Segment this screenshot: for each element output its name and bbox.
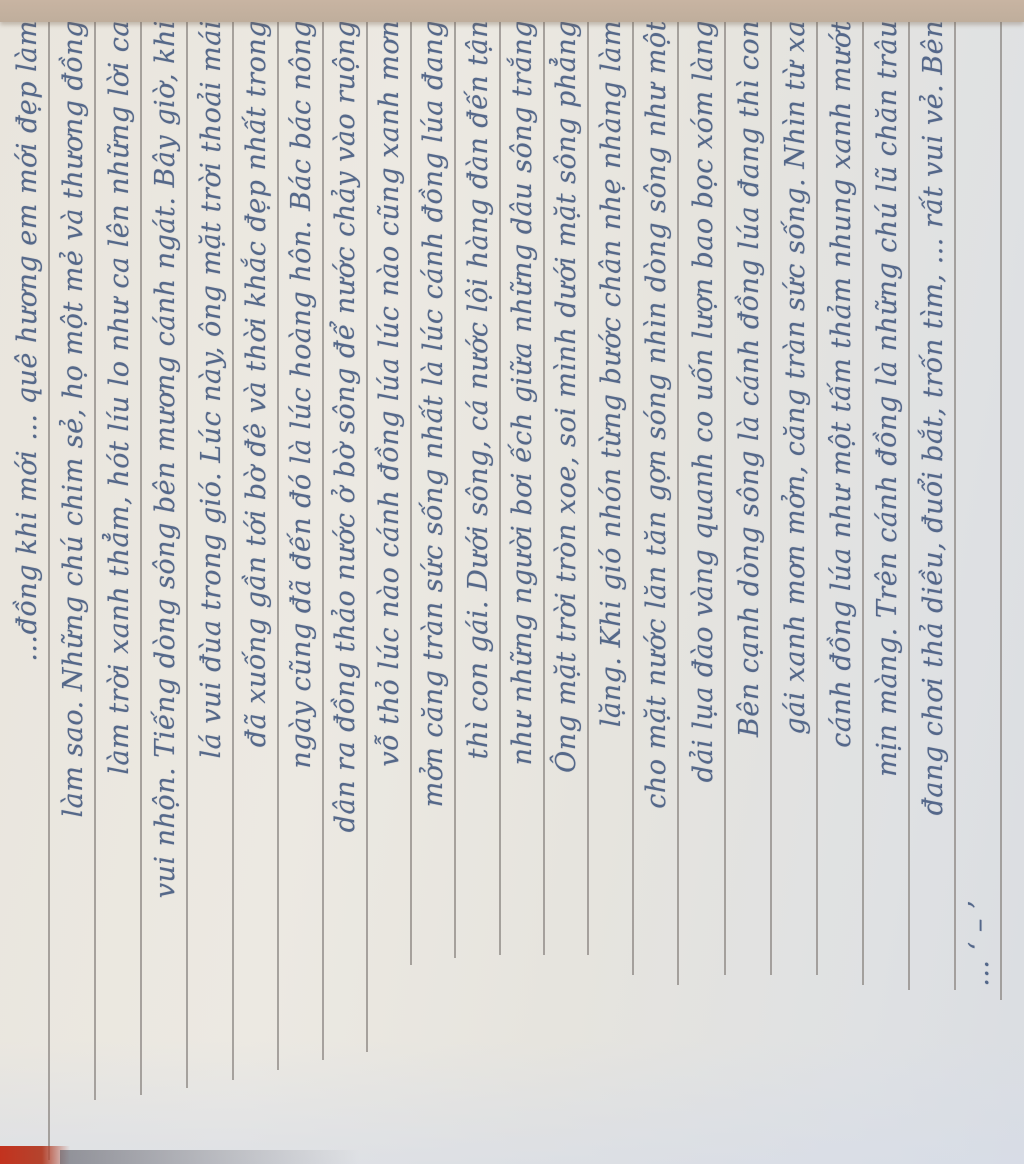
handwritten-line: đã xuống gần tới bờ đê và thời khắc đẹp … bbox=[233, 20, 277, 1070]
handwritten-line: dải lụa đào vàng quanh co uốn lượn bao b… bbox=[680, 20, 724, 975]
handwritten-line-text: như những người bơi ếch giữa những dâu s… bbox=[503, 20, 543, 765]
handwritten-line-text: làm sao. Những chú chim sẻ, họ một mẻ và… bbox=[54, 20, 94, 818]
handwritten-line: vỗ thỏ lúc nào cánh đồng lúa lúc nào cũn… bbox=[366, 20, 410, 965]
handwritten-line: mởn căng tràn sức sống nhất là lúc cánh … bbox=[410, 20, 454, 958]
handwritten-line: thì con gái. Dưới sông, cá nước lội hàng… bbox=[455, 20, 499, 955]
handwritten-line: vui nhộn. Tiếng dòng sông bên mương cánh… bbox=[142, 20, 186, 1088]
handwritten-line-text: dải lụa đào vàng quanh co uốn lượn bao b… bbox=[684, 20, 724, 782]
handwritten-line-text: mịn màng. Trên cánh đồng là những chú lũ… bbox=[868, 20, 908, 777]
handwritten-line: lặng. Khi gió nhón từng bước chân nhẹ nh… bbox=[588, 20, 632, 975]
notebook-edge-shadow bbox=[60, 1150, 360, 1164]
handwritten-line-text: đang chơi thả diều, đuổi bắt, trốn tìm, … bbox=[914, 20, 954, 815]
handwritten-line: cho mặt nước lăn tăn gợn sóng nhìn dòng … bbox=[633, 20, 677, 985]
handwritten-line-text: vui nhộn. Tiếng dòng sông bên mương cánh… bbox=[146, 20, 186, 898]
handwritten-line: đang chơi thả diều, đuổi bắt, trốn tìm, … bbox=[910, 20, 954, 990]
handwritten-line: dân ra đồng thảo nước ở bờ sông để nước … bbox=[322, 20, 366, 1052]
handwritten-line-text: Bên cạnh dòng sông là cánh đồng lúa đang… bbox=[730, 20, 770, 737]
handwritten-line: …đồng khi mới … quê hương em mới đẹp làm bbox=[4, 20, 48, 1160]
handwritten-line: lá vui đùa trong gió. Lúc này, ông mặt t… bbox=[188, 20, 232, 1080]
handwritten-line-text: thì con gái. Dưới sông, cá nước lội hàng… bbox=[459, 20, 499, 759]
handwritten-line: … ‘ – ’ bbox=[956, 900, 1000, 1000]
handwritten-text: …đồng khi mới … quê hương em mới đẹp làm… bbox=[0, 0, 1024, 1164]
handwritten-line: làm trời xanh thẳm, hót líu lo như ca lê… bbox=[96, 20, 140, 1095]
handwritten-line: Ông mặt trời tròn xoe, soi mình dưới mặt… bbox=[543, 20, 587, 955]
handwritten-line-text: làm trời xanh thẳm, hót líu lo như ca lê… bbox=[100, 20, 140, 775]
handwritten-line: gái xanh mơn mởn, căng tràn sức sống. Nh… bbox=[772, 20, 816, 975]
notebook-photo: …đồng khi mới … quê hương em mới đẹp làm… bbox=[0, 0, 1024, 1164]
handwritten-line-text: ngày cũng đã đến đó là lúc hoàng hôn. Bá… bbox=[282, 20, 322, 769]
handwritten-line-text: lặng. Khi gió nhón từng bước chân nhẹ nh… bbox=[592, 20, 632, 727]
handwritten-line-text: lá vui đùa trong gió. Lúc này, ông mặt t… bbox=[192, 20, 232, 759]
handwritten-line: làm sao. Những chú chim sẻ, họ một mẻ và… bbox=[50, 20, 94, 1100]
handwritten-line-text: đã xuống gần tới bờ đê và thời khắc đẹp … bbox=[237, 20, 277, 747]
handwritten-line: cánh đồng lúa như một tấm thảm nhung xan… bbox=[818, 20, 862, 985]
handwritten-line-text: mởn căng tràn sức sống nhất là lúc cánh … bbox=[414, 20, 454, 807]
handwritten-line-text: vỗ thỏ lúc nào cánh đồng lúa lúc nào cũn… bbox=[370, 20, 410, 767]
handwritten-line-text: …đồng khi mới … quê hương em mới đẹp làm bbox=[8, 20, 48, 662]
handwritten-line: như những người bơi ếch giữa những dâu s… bbox=[499, 20, 543, 955]
handwritten-line-text: cho mặt nước lăn tăn gợn sóng nhìn dòng … bbox=[637, 20, 677, 809]
handwritten-line-text: dân ra đồng thảo nước ở bờ sông để nước … bbox=[326, 20, 366, 832]
handwritten-line: Bên cạnh dòng sông là cánh đồng lúa đang… bbox=[726, 20, 770, 975]
page-top-edge bbox=[0, 0, 1024, 22]
handwritten-line-text: cánh đồng lúa như một tấm thảm nhung xan… bbox=[822, 20, 862, 748]
handwritten-line: ngày cũng đã đến đó là lúc hoàng hôn. Bá… bbox=[278, 20, 322, 1060]
handwritten-line-text: … ‘ – ’ bbox=[960, 900, 1000, 987]
handwritten-line: mịn màng. Trên cánh đồng là những chú lũ… bbox=[864, 20, 908, 990]
handwritten-line-text: Ông mặt trời tròn xoe, soi mình dưới mặt… bbox=[547, 20, 587, 773]
handwritten-line-text: gái xanh mơn mởn, căng tràn sức sống. Nh… bbox=[776, 20, 816, 735]
